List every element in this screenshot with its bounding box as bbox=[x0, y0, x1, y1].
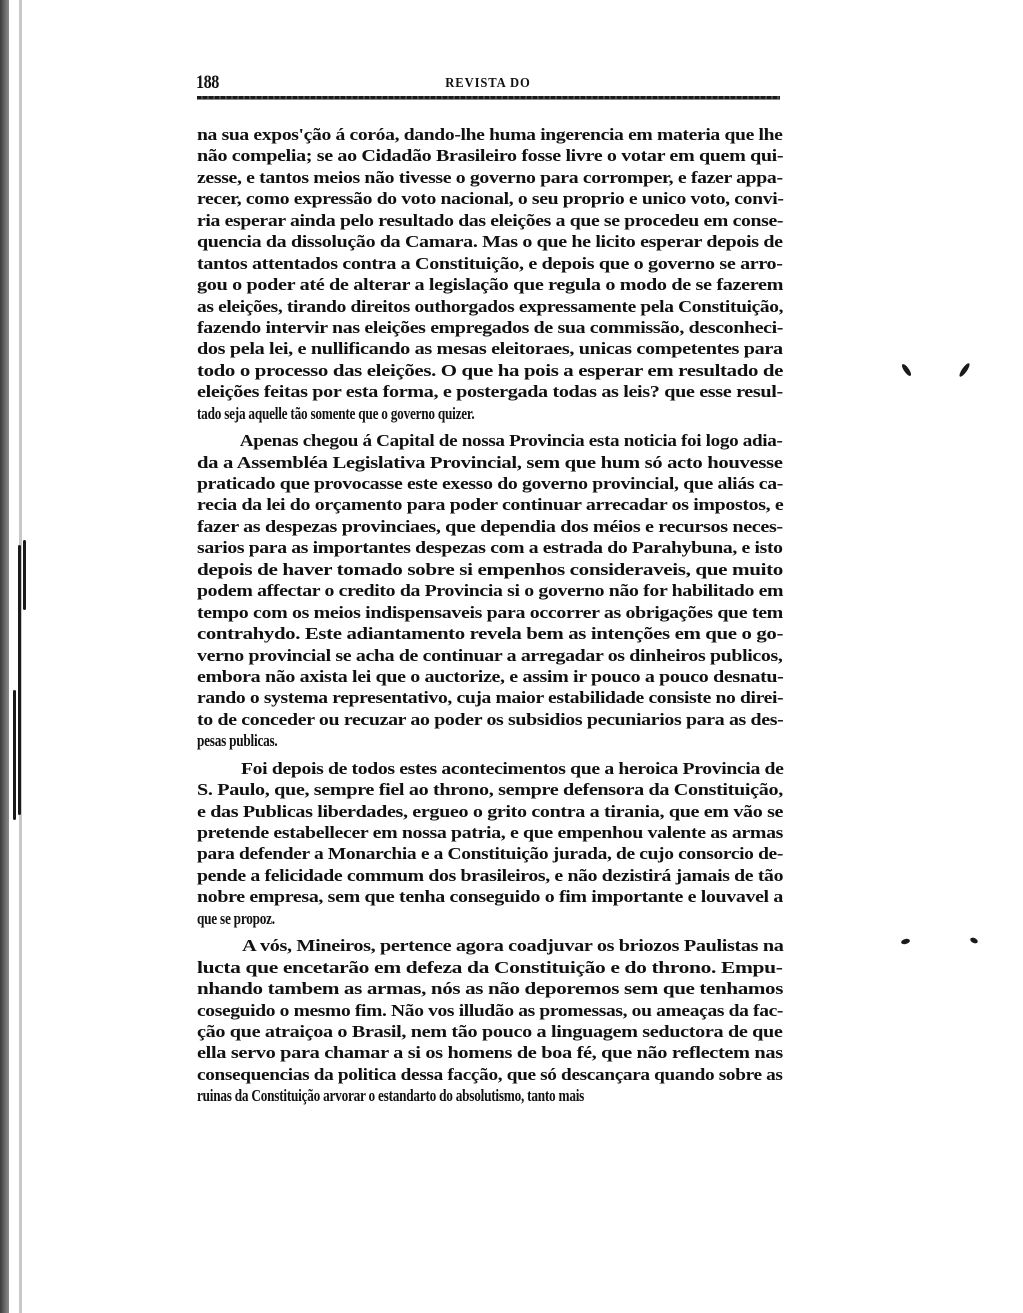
text-line: sarios para as importantes despezas com … bbox=[197, 537, 783, 558]
text-line: ruinas da Constituição arvorar o estanda… bbox=[197, 1085, 654, 1106]
text-line: ção que atraiçoa o Brasil, nem tão pouco… bbox=[197, 1021, 783, 1042]
text-line: to de conceder ou recuzar ao poder os su… bbox=[197, 709, 783, 730]
text-line: tado seja aquelle tão somente que o gove… bbox=[197, 403, 654, 424]
text-line: coseguido o mesmo fim. Não vos illudão a… bbox=[197, 1000, 783, 1021]
text-line: nobre empresa, sem que tenha conseguido … bbox=[197, 886, 783, 907]
margin-ink-stroke bbox=[23, 540, 26, 610]
text-line: eleições feitas por esta forma, e poster… bbox=[197, 381, 783, 402]
paragraph: Apenas chegou á Capital de nossa Provinc… bbox=[197, 430, 783, 752]
text-line: verno provincial se acha de continuar a … bbox=[197, 645, 783, 666]
text-line: quencia da dissolução da Camara. Mas o q… bbox=[197, 231, 783, 252]
header-rule bbox=[197, 96, 780, 100]
margin-mark bbox=[901, 938, 911, 945]
text-line: para defender a Monarchia e a Constituiç… bbox=[197, 843, 783, 864]
margin-ink-stroke bbox=[13, 690, 16, 820]
text-line: tempo com os meios indispensaveis para o… bbox=[197, 602, 783, 623]
margin-ink-stroke bbox=[18, 545, 21, 815]
body-text: na sua expos'ção á coróa, dando-lhe huma… bbox=[197, 124, 783, 1107]
page-number: 188 bbox=[196, 72, 219, 94]
text-line: que se propoz. bbox=[197, 908, 654, 929]
text-line: lucta que encetarão em defeza da Constit… bbox=[197, 957, 783, 978]
text-line: recer, como expressão do voto nacional, … bbox=[197, 188, 783, 209]
text-line: Apenas chegou á Capital de nossa Provinc… bbox=[197, 430, 826, 451]
text-line: embora não axista lei que o auctorize, e… bbox=[197, 666, 783, 687]
text-line: A vós, Mineiros, pertence agora coadjuva… bbox=[197, 935, 828, 956]
text-line: depois de haver tomado sobre si empenhos… bbox=[197, 559, 783, 580]
text-line: pretende estabellecer em nossa patria, e… bbox=[197, 822, 783, 843]
paragraph: Foi depois de todos estes acontecimentos… bbox=[197, 758, 783, 930]
text-line: rando o systema representativo, cuja mai… bbox=[197, 687, 783, 708]
margin-mark bbox=[900, 363, 912, 377]
margin-mark bbox=[969, 937, 978, 945]
text-line: ella servo para chamar a si os homens de… bbox=[197, 1042, 783, 1063]
text-line: zesse, e tantos meios não tivesse o gove… bbox=[197, 167, 783, 188]
text-line: da a Assembléa Legislativa Provincial, s… bbox=[197, 452, 783, 473]
text-line: contrahydo. Este adiantamento revela bem… bbox=[197, 623, 783, 644]
text-line: praticado que provocasse este exesso do … bbox=[197, 473, 783, 494]
text-line: recia da lei do orçamento para poder con… bbox=[197, 494, 783, 515]
paragraph: A vós, Mineiros, pertence agora coadjuva… bbox=[197, 935, 783, 1107]
paragraph: na sua expos'ção á coróa, dando-lhe huma… bbox=[197, 124, 783, 424]
text-line: tantos attentados contra a Constituição,… bbox=[197, 253, 783, 274]
text-line: Foi depois de todos estes acontecimentos… bbox=[197, 758, 827, 779]
text-line: fazer as despezas provinciaes, que depen… bbox=[197, 516, 783, 537]
running-head: REVISTA DO bbox=[225, 76, 751, 92]
text-line: consequencias da politica dessa facção, … bbox=[197, 1064, 783, 1085]
text-line: S. Paulo, que, sempre fiel ao throno, se… bbox=[197, 779, 783, 800]
book-binding-edge bbox=[0, 0, 9, 1313]
text-line: não compelia; se ao Cidadão Brasileiro f… bbox=[197, 145, 783, 166]
text-line: as eleições, tirando direitos outhorgado… bbox=[197, 296, 783, 317]
text-line: fazendo intervir nas eleições empregados… bbox=[197, 317, 783, 338]
text-line: podem affectar o credito da Provincia si… bbox=[197, 580, 783, 601]
text-line: gou o poder até de alterar a legislação … bbox=[197, 274, 783, 295]
text-line: pende a felicidade commum dos brasileiro… bbox=[197, 865, 783, 886]
text-line: e das Publicas liberdades, ergueo o grit… bbox=[197, 801, 783, 822]
text-line: nhando tambem as armas, nós as não depor… bbox=[197, 978, 783, 999]
text-line: pesas publicas. bbox=[197, 730, 654, 751]
margin-mark bbox=[958, 362, 971, 378]
text-line: todo o processo das eleições. O que ha p… bbox=[197, 360, 783, 381]
text-line: ria esperar ainda pelo resultado das ele… bbox=[197, 210, 783, 231]
text-line: dos pela lei, e nullificando as mesas el… bbox=[197, 338, 783, 359]
text-line: na sua expos'ção á coróa, dando-lhe huma… bbox=[197, 124, 783, 145]
